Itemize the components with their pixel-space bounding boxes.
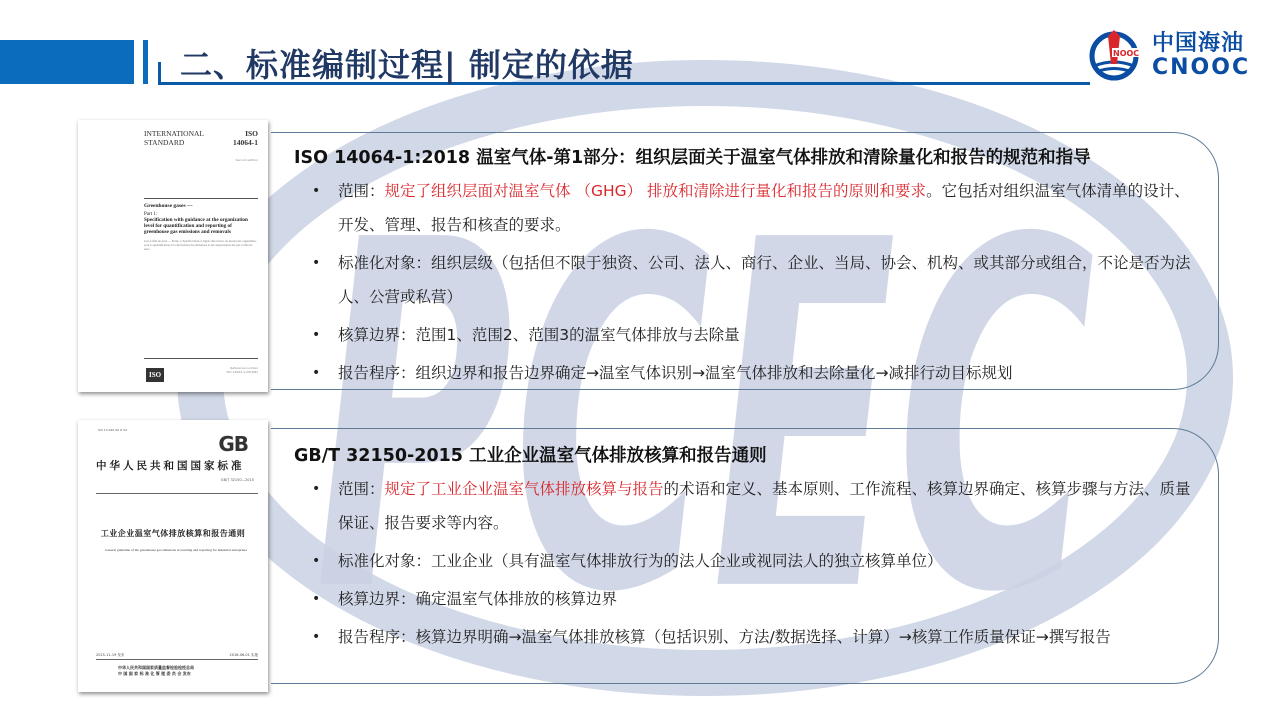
list-item: 报告程序：组织边界和报告边界确定→温室气体识别→温室气体排放和去除量化→减排行动… (294, 356, 1204, 390)
gb-cover-thumbnail: ICS 13.020.40 Z 04 GB 中华人民共和国国家标准 GB/T 3… (78, 420, 268, 692)
cnooc-logo: NOOC 中国海油 CNOOC (1088, 28, 1268, 84)
list-item: 标准化对象：组织层级（包括但不限于独资、公司、法人、商行、企业、当局、协会、机构… (294, 246, 1204, 314)
iso-bullet-list: 范围：规定了组织层面对温室气体 （GHG） 排放和清除进行量化和报告的原则和要求… (294, 174, 1204, 390)
gb-bullet-list: 范围：规定了工业企业温室气体排放核算与报告的术语和定义、基本原则、工作流程、核算… (294, 472, 1204, 654)
gb-dates: 2015-11-19 发布 2016-06-01 实施 (96, 653, 258, 660)
list-item: 范围：规定了组织层面对温室气体 （GHG） 排放和清除进行量化和报告的原则和要求… (294, 174, 1204, 242)
iso-cover-header: INTERNATIONAL STANDARD ISO14064-1 (144, 129, 258, 147)
iso-cover-body: Greenhouse gases — Part 1: Specification… (144, 203, 258, 251)
gb-code: GB/T 32150—2015 (221, 478, 254, 482)
list-item: 核算边界：范围1、范围2、范围3的温室气体排放与去除量 (294, 318, 1204, 352)
page-title: 二、标准编制过程| 制定的依据 (180, 40, 634, 86)
iso-standard-title: ISO 14064-1:2018 温室气体-第1部分：组织层面关于温室气体排放和… (294, 143, 1204, 173)
iso-rule-bottom (144, 358, 258, 359)
header-accent-bar (0, 40, 134, 84)
list-item: 标准化对象：工业企业（具有温室气体排放行为的法人企业或视同法人的独立核算单位） (294, 544, 1204, 578)
list-item: 范围：规定了工业企业温室气体排放核算与报告的术语和定义、基本原则、工作流程、核算… (294, 472, 1204, 540)
cnooc-emblem-icon: NOOC (1088, 28, 1146, 84)
iso-cover-thumbnail: INTERNATIONAL STANDARD ISO14064-1 Second… (78, 120, 268, 392)
gb-rule (96, 493, 258, 494)
gb-cover-title-en: General guideline of the greenhouse gas … (96, 548, 256, 553)
iso-rule (144, 198, 258, 199)
gb-issuer: 中华人民共和国国家质量监督检验检疫总局 中 国 国 家 标 准 化 管 理 委 … (118, 665, 194, 677)
gb-ics-code: ICS 13.020.40 Z 04 (98, 428, 127, 432)
header-divider (143, 40, 148, 84)
iso-reference: Reference numberISO 14064-1:2018(E) (226, 366, 258, 374)
logo-text-en: CNOOC (1152, 57, 1250, 79)
list-item: 报告程序：核算边界明确→温室气体排放核算（包括识别、方法/数据选择、计算）→核算… (294, 620, 1204, 654)
gb-logo-icon: GB (218, 432, 248, 456)
list-item: 核算边界：确定温室气体排放的核算边界 (294, 582, 1204, 616)
gb-national-standard: 中华人民共和国国家标准 (96, 458, 258, 473)
svg-text:NOOC: NOOC (1113, 49, 1139, 58)
iso-edition: Second edition (236, 158, 258, 162)
gb-standard-title: GB/T 32150-2015 工业企业温室气体排放核算和报告通则 (294, 441, 1204, 471)
gb-cover-title: 工业企业温室气体排放核算和报告通则 (78, 528, 268, 539)
iso-logo-icon: ISO (146, 368, 164, 382)
gb-standard-content: GB/T 32150-2015 工业企业温室气体排放核算和报告通则 范围：规定了… (294, 441, 1204, 658)
logo-text-cn: 中国海油 (1152, 33, 1250, 55)
iso-standard-content: ISO 14064-1:2018 温室气体-第1部分：组织层面关于温室气体排放和… (294, 143, 1204, 394)
